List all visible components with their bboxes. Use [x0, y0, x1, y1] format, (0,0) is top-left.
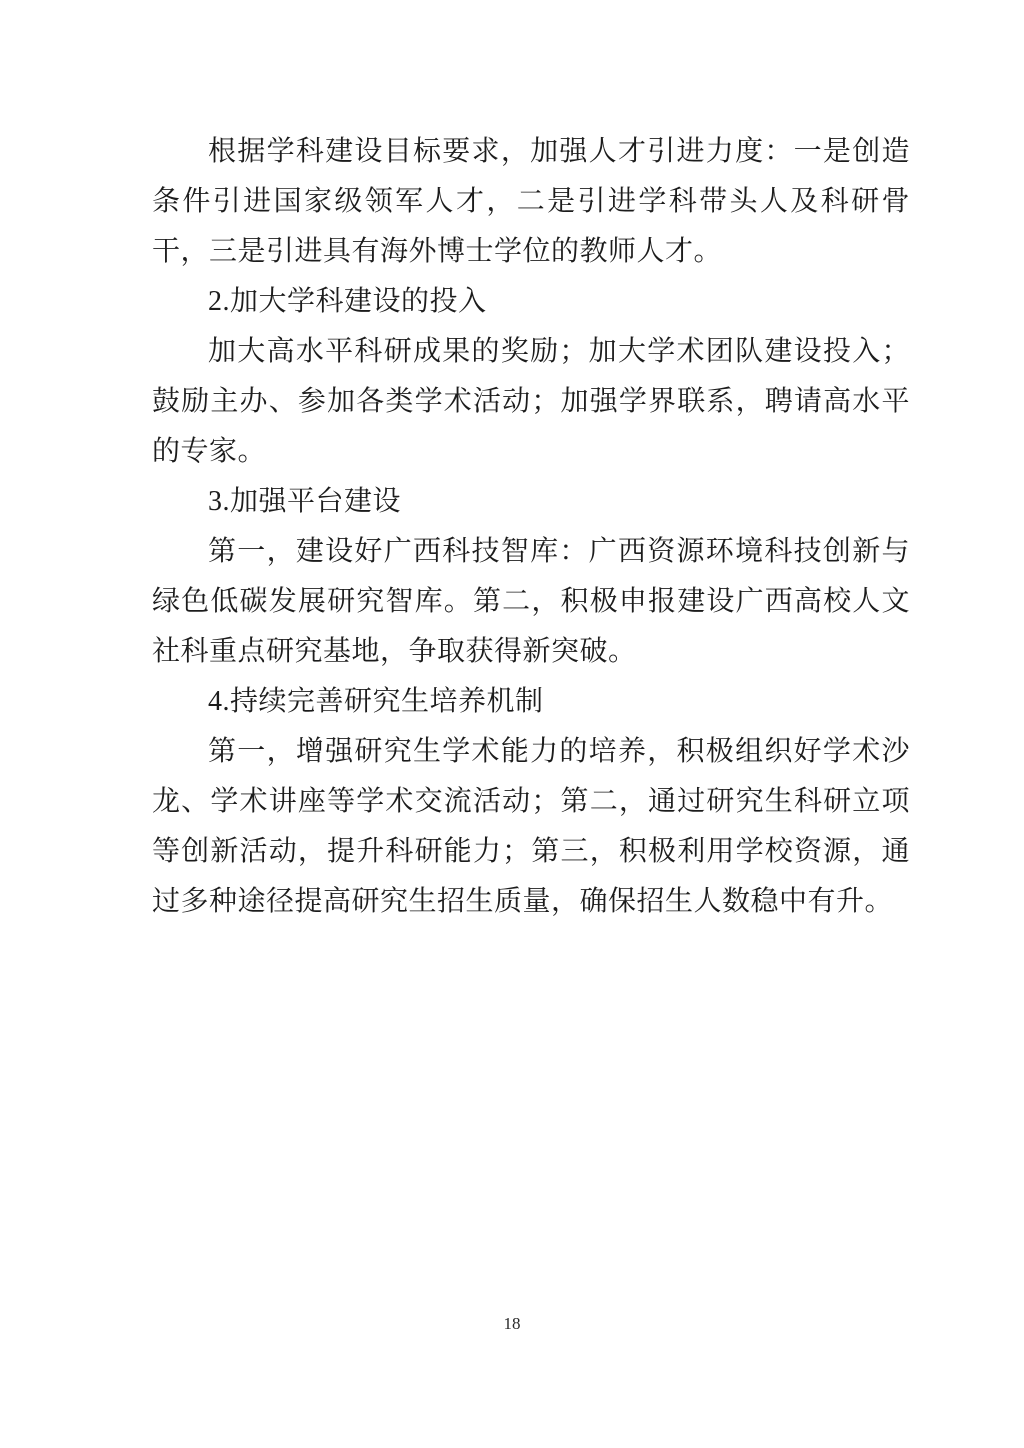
document-page: 根据学科建设目标要求，加强人才引进力度：一是创造条件引进国家级领军人才，二是引进…: [0, 0, 1024, 1448]
paragraph-platform-building: 第一，建设好广西科技智库：广西资源环境科技创新与绿色低碳发展研究智库。第二，积极…: [152, 527, 910, 677]
paragraph-talent-recruitment: 根据学科建设目标要求，加强人才引进力度：一是创造条件引进国家级领军人才，二是引进…: [152, 127, 910, 277]
paragraph-discipline-investment: 加大高水平科研成果的奖励；加大学术团队建设投入；鼓励主办、参加各类学术活动；加强…: [152, 327, 910, 477]
document-body: 根据学科建设目标要求，加强人才引进力度：一是创造条件引进国家级领军人才，二是引进…: [152, 127, 910, 927]
heading-section-2: 2.加大学科建设的投入: [152, 277, 910, 327]
page-number: 18: [504, 1314, 521, 1333]
paragraph-graduate-training: 第一，增强研究生学术能力的培养，积极组织好学术沙龙、学术讲座等学术交流活动；第二…: [152, 727, 910, 927]
page-footer: 18: [0, 1314, 1024, 1334]
heading-section-4: 4.持续完善研究生培养机制: [152, 677, 910, 727]
heading-section-3: 3.加强平台建设: [152, 477, 910, 527]
